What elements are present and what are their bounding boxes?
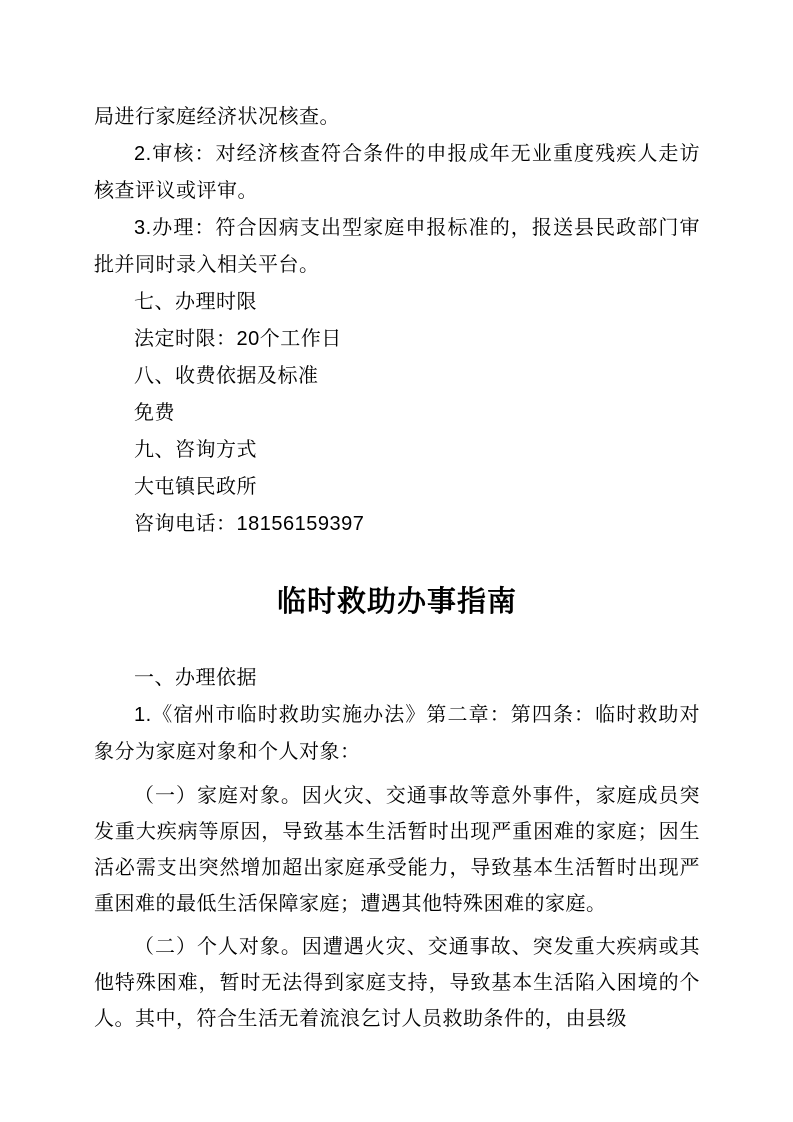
paragraph-individual-target: （二）个人对象。因遭遇火灾、交通事故、突发重大疾病或其他特殊困难，暂时无法得到家…	[94, 929, 700, 1037]
heading-section-7-time-limit: 七、办理时限	[94, 284, 700, 321]
paragraph-step-2-review: 2.审核：对经济核查符合条件的申报成年无业重度残疾人走访核查评议或评审。	[94, 136, 700, 210]
paragraph-continuation-economic-check: 局进行家庭经济状况核查。	[94, 99, 700, 136]
paragraph-family-target: （一）家庭对象。因火灾、交通事故等意外事件，家庭成员突发重大疾病等原因，导致基本…	[94, 778, 700, 922]
heading-section-1-basis: 一、办理依据	[94, 660, 700, 697]
page-content: 局进行家庭经济状况核查。 2.审核：对经济核查符合条件的申报成年无业重度残疾人走…	[0, 0, 793, 1037]
heading-section-8-fee-basis: 八、收费依据及标准	[94, 358, 700, 395]
paragraph-basis-regulation: 1.《宿州市临时救助实施办法》第二章：第四条：临时救助对象分为家庭对象和个人对象…	[94, 697, 700, 771]
heading-section-9-consultation: 九、咨询方式	[94, 432, 700, 469]
paragraph-step-3-handle: 3.办理：符合因病支出型家庭申报标准的，报送县民政部门审批并同时录入相关平台。	[94, 210, 700, 284]
paragraph-office-name: 大屯镇民政所	[94, 469, 700, 506]
paragraph-legal-time-limit: 法定时限：20个工作日	[94, 321, 700, 358]
document-title: 临时救助办事指南	[94, 579, 700, 625]
document-page: 局进行家庭经济状况核查。 2.审核：对经济核查符合条件的申报成年无业重度残疾人走…	[0, 0, 793, 1122]
paragraph-consultation-phone: 咨询电话：18156159397	[94, 506, 700, 543]
paragraph-fee-free: 免费	[94, 395, 700, 432]
